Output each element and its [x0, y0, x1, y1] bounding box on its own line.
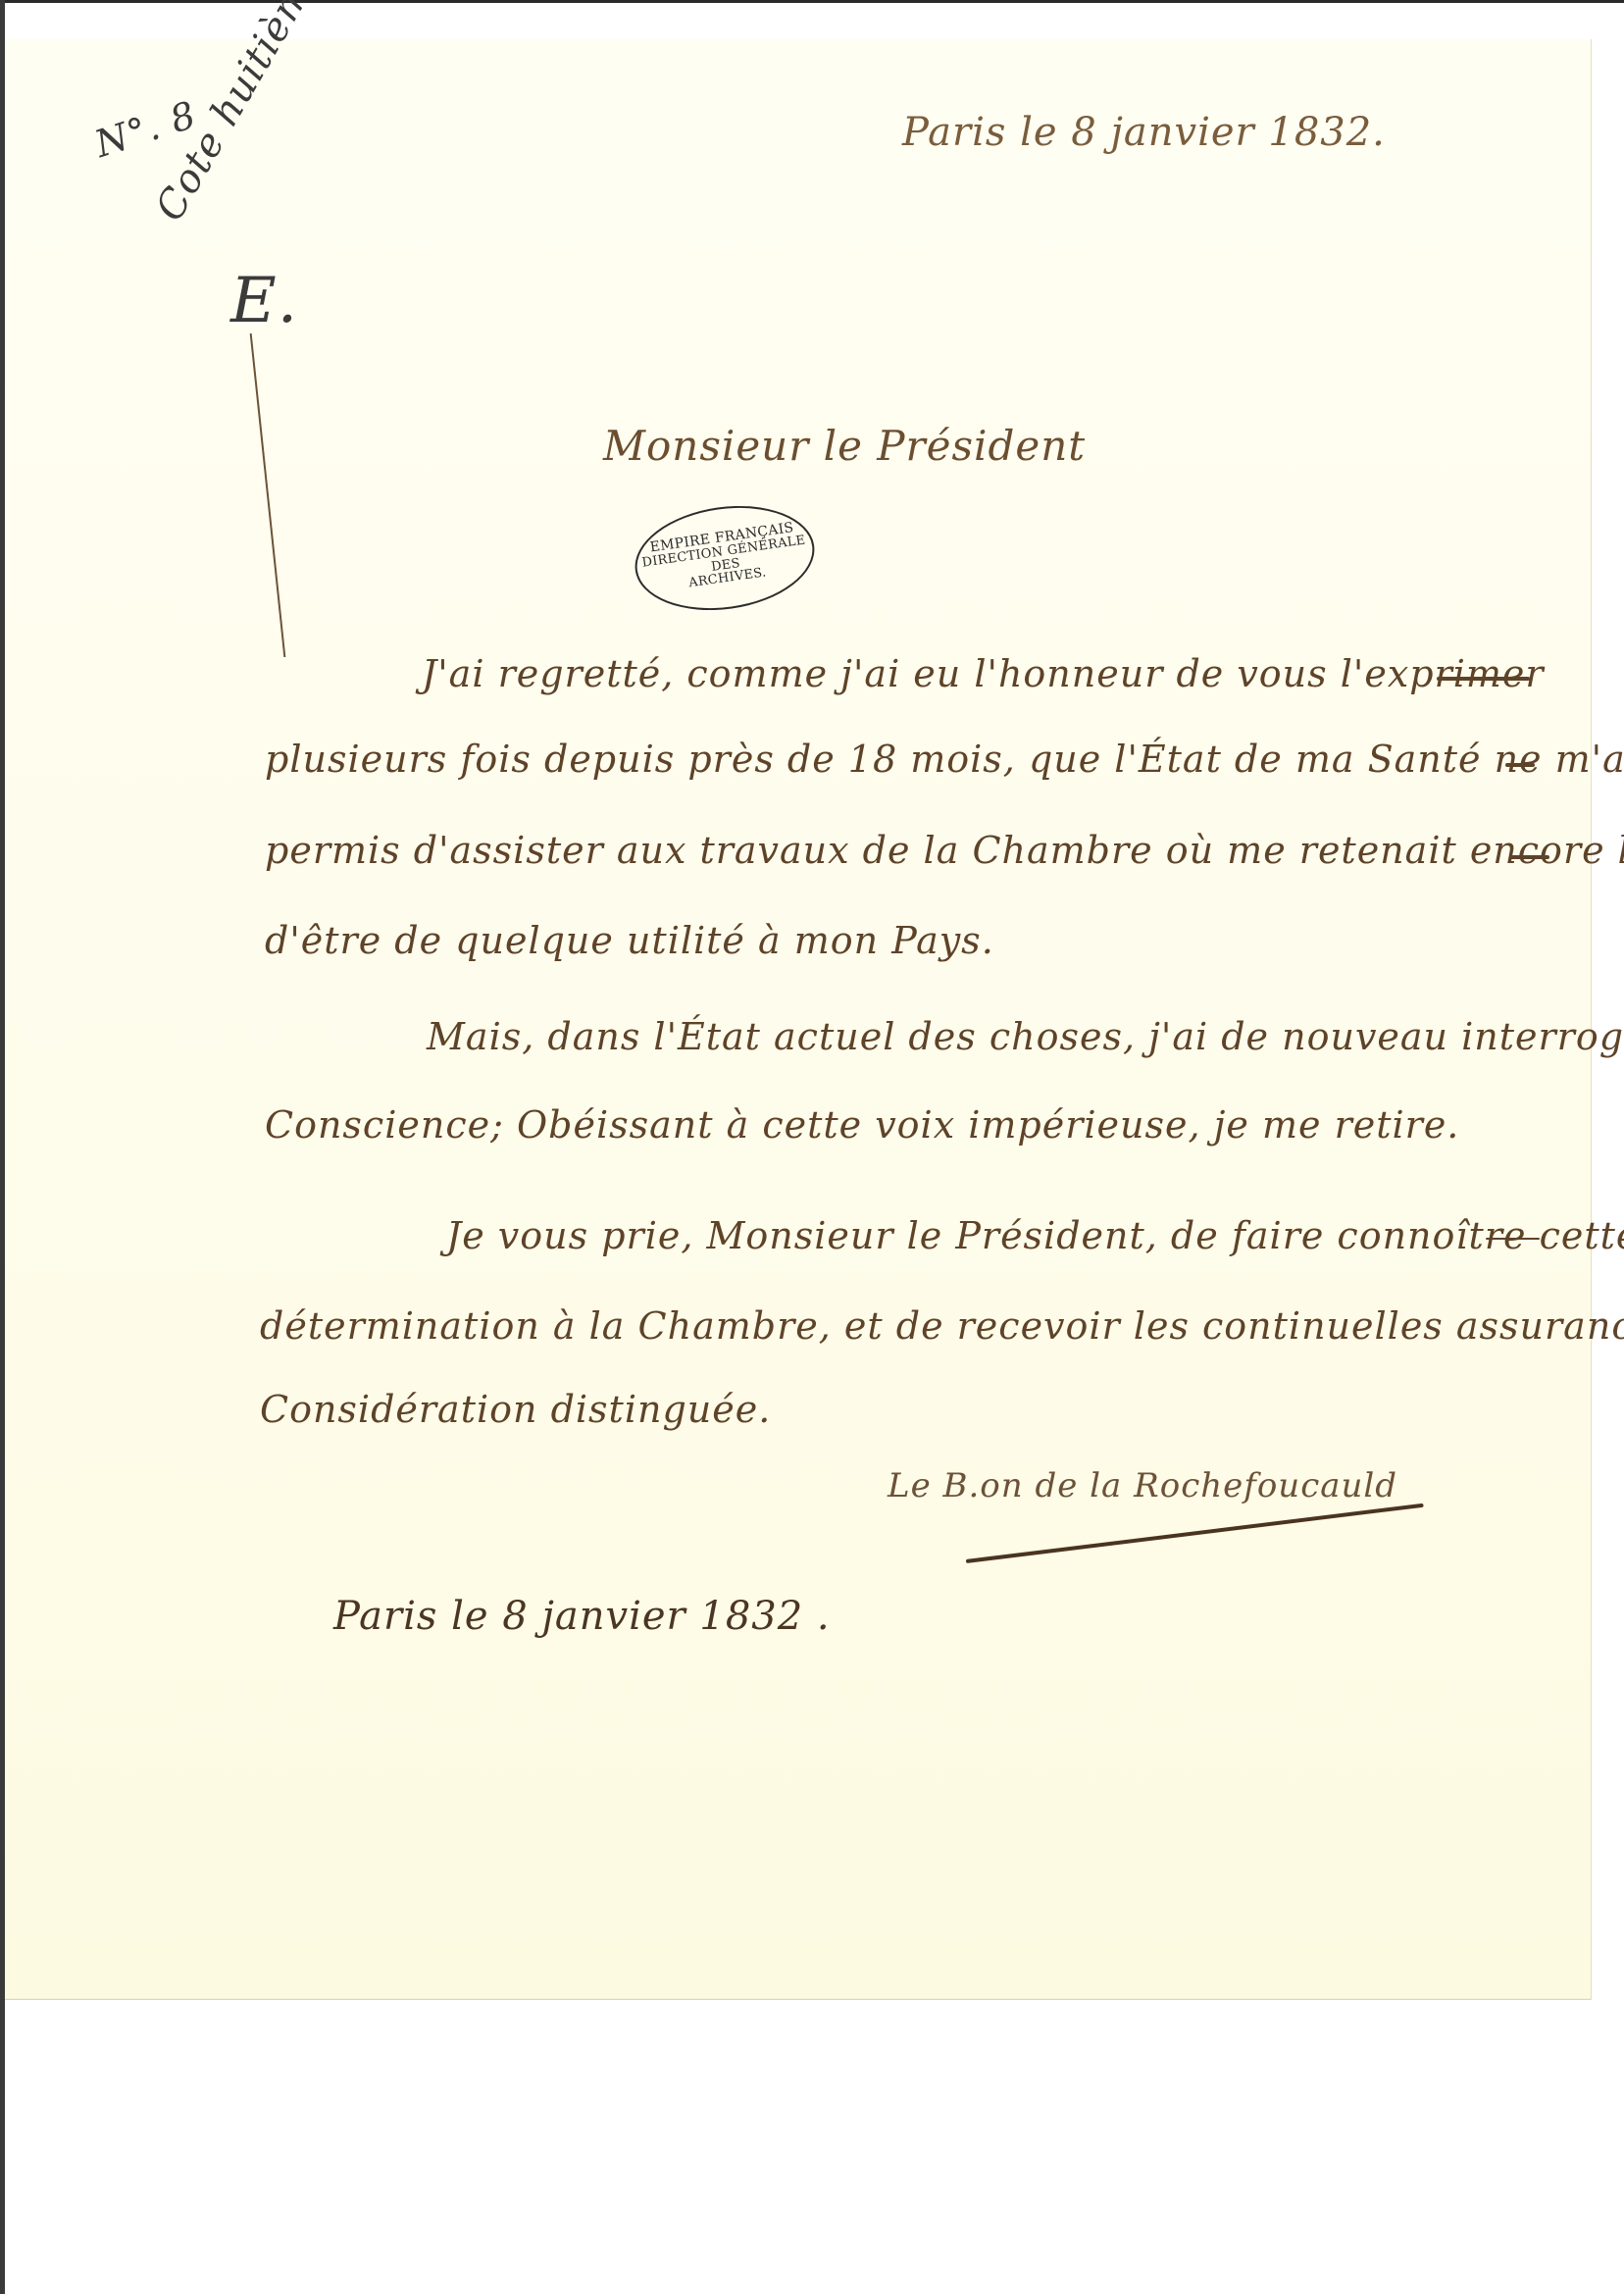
body-line: permis d'assister aux travaux de la Cham… — [265, 829, 1624, 872]
body-line: détermination à la Chambre, et de recevo… — [260, 1304, 1624, 1348]
stamp-line-4: ARCHIVES. — [687, 566, 767, 590]
body-line: Mais, dans l'État actuel des choses, j'a… — [427, 1015, 1624, 1058]
body-line: Considération distinguée. — [260, 1388, 771, 1431]
margin-initials: E. — [230, 265, 298, 337]
salutation: Monsieur le Président — [603, 422, 1086, 470]
line-filler-dash — [1486, 1238, 1540, 1240]
body-line: J'ai regretté, comme j'ai eu l'honneur d… — [422, 652, 1545, 695]
line-filler-dash — [1510, 855, 1549, 859]
signature: Le B.on de la Rochefoucauld — [888, 1466, 1397, 1505]
body-line: plusieurs fois depuis près de 18 mois, q… — [265, 738, 1624, 781]
scan-top-border — [0, 0, 1624, 3]
body-line: d'être de quelque utilité à mon Pays. — [265, 919, 994, 962]
body-line: Je vous prie, Monsieur le Président, de … — [446, 1214, 1624, 1257]
line-filler-dash — [1437, 677, 1530, 681]
body-line: Conscience; Obéissant à cette voix impér… — [265, 1103, 1459, 1147]
footer-date: Paris le 8 janvier 1832 . — [333, 1594, 831, 1639]
line-filler-dash — [1505, 763, 1535, 767]
header-date: Paris le 8 janvier 1832. — [902, 110, 1386, 155]
